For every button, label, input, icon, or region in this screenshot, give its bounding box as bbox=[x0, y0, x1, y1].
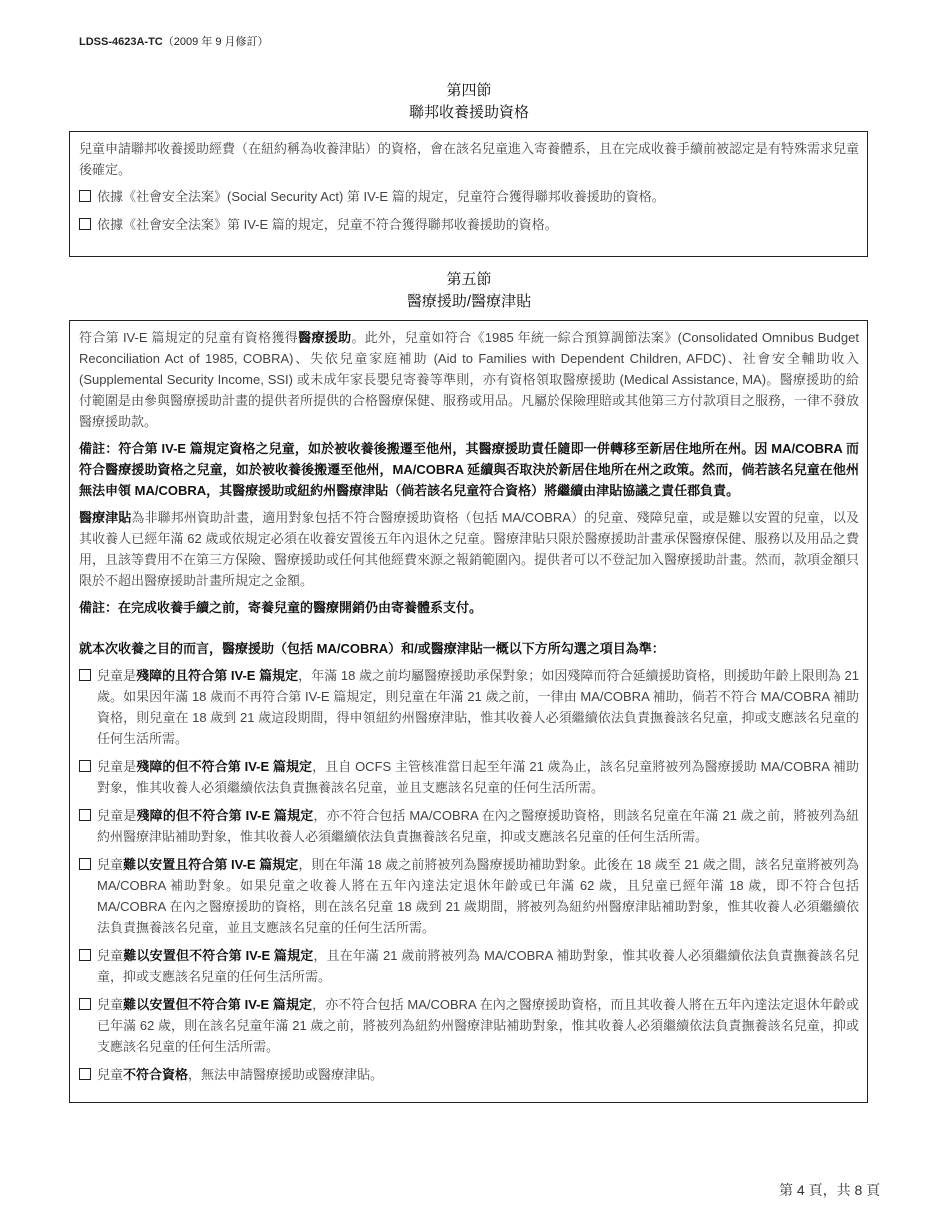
medical-option-2: 兒童是殘障的但不符合第 IV-E 篇規定，且自 OCFS 主管核准當日起至年滿 … bbox=[79, 756, 859, 798]
section4-number: 第四節 bbox=[0, 80, 938, 102]
checkbox[interactable] bbox=[79, 669, 91, 681]
option-label: 兒童是殘障的但不符合第 IV-E 篇規定，亦不符合包括 MA/COBRA 在內之… bbox=[97, 805, 859, 847]
section4-box: 兒童申請聯邦收養援助經費（在紐約稱為收養津貼）的資格，會在該名兒童進入寄養體系，… bbox=[69, 131, 868, 257]
form-identifier: LDSS-4623A-TC（2009 年 9 月修訂） bbox=[79, 33, 269, 49]
medical-assistance-paragraph: 符合第 IV-E 篇規定的兒童有資格獲得醫療援助。此外，兒童如符合《1985 年… bbox=[79, 327, 859, 432]
section5-title: 醫療援助/醫療津貼 bbox=[0, 291, 938, 313]
medical-subsidy-paragraph: 醫療津貼為非聯邦州資助計畫，適用對象包括不符合醫療援助資格（包括 MA/COBR… bbox=[79, 507, 859, 591]
checkbox[interactable] bbox=[79, 218, 91, 230]
bold-term: 醫療援助 bbox=[298, 330, 351, 345]
medical-option-1: 兒童是殘障的且符合第 IV-E 篇規定，年滿 18 歲之前均屬醫療援助承保對象；… bbox=[79, 665, 859, 749]
text: 為非聯邦州資助計畫，適用對象包括不符合醫療援助資格（包括 MA/COBRA）的兒… bbox=[79, 510, 859, 588]
checkbox[interactable] bbox=[79, 858, 91, 870]
option-label: 兒童不符合資格，無法申請醫療援助或醫療津貼。 bbox=[97, 1064, 859, 1085]
checkbox[interactable] bbox=[79, 190, 91, 202]
option-label: 兒童難以安置但不符合第 IV-E 篇規定，亦不符合包括 MA/COBRA 在內之… bbox=[97, 994, 859, 1057]
option-label: 依據《社會安全法案》第 IV-E 篇的規定，兒童不符合獲得聯邦收養援助的資格。 bbox=[97, 214, 859, 235]
option-label: 兒童是殘障的且符合第 IV-E 篇規定，年滿 18 歲之前均屬醫療援助承保對象；… bbox=[97, 665, 859, 749]
section4-title: 聯邦收養援助資格 bbox=[0, 102, 938, 124]
form-revision: （2009 年 9 月修訂） bbox=[163, 36, 269, 48]
bold-term: 醫療津貼 bbox=[79, 510, 131, 525]
checkbox[interactable] bbox=[79, 998, 91, 1010]
form-code: LDSS-4623A-TC bbox=[79, 36, 163, 48]
section4-option-ineligible: 依據《社會安全法案》第 IV-E 篇的規定，兒童不符合獲得聯邦收養援助的資格。 bbox=[79, 214, 859, 235]
section4-heading: 第四節 聯邦收養援助資格 bbox=[0, 80, 938, 124]
option-label: 依據《社會安全法案》(Social Security Act) 第 IV-E 篇… bbox=[97, 186, 859, 207]
medical-option-5: 兒童難以安置但不符合第 IV-E 篇規定，且在年滿 21 歲前將被列為 MA/C… bbox=[79, 945, 859, 987]
checkbox[interactable] bbox=[79, 1068, 91, 1080]
option-label: 兒童難以安置且符合第 IV-E 篇規定，則在年滿 18 歲之前將被列為醫療援助補… bbox=[97, 854, 859, 938]
checkbox[interactable] bbox=[79, 949, 91, 961]
medical-option-3: 兒童是殘障的但不符合第 IV-E 篇規定，亦不符合包括 MA/COBRA 在內之… bbox=[79, 805, 859, 847]
options-lead: 就本次收養之目的而言，醫療援助（包括 MA/COBRA）和/或醫療津貼一概以下方… bbox=[79, 638, 859, 659]
checkbox[interactable] bbox=[79, 809, 91, 821]
note-relocation: 備註：符合第 IV-E 篇規定資格之兒童，如於被收養後搬遷至他州，其醫療援助責任… bbox=[79, 438, 859, 501]
section4-option-eligible: 依據《社會安全法案》(Social Security Act) 第 IV-E 篇… bbox=[79, 186, 859, 207]
section4-intro: 兒童申請聯邦收養援助經費（在紐約稱為收養津貼）的資格，會在該名兒童進入寄養體系，… bbox=[79, 138, 859, 180]
medical-option-7: 兒童不符合資格，無法申請醫療援助或醫療津貼。 bbox=[79, 1064, 859, 1085]
text: 符合第 IV-E 篇規定的兒童有資格獲得 bbox=[79, 330, 298, 345]
option-label: 兒童是殘障的但不符合第 IV-E 篇規定，且自 OCFS 主管核准當日起至年滿 … bbox=[97, 756, 859, 798]
option-label: 兒童難以安置但不符合第 IV-E 篇規定，且在年滿 21 歲前將被列為 MA/C… bbox=[97, 945, 859, 987]
page-number: 第 4 頁，共 8 頁 bbox=[779, 1180, 880, 1200]
note-foster-care: 備註：在完成收養手續之前，寄養兒童的醫療開銷仍由寄養體系支付。 bbox=[79, 597, 859, 618]
medical-option-4: 兒童難以安置且符合第 IV-E 篇規定，則在年滿 18 歲之前將被列為醫療援助補… bbox=[79, 854, 859, 938]
section5-number: 第五節 bbox=[0, 269, 938, 291]
section5-box: 符合第 IV-E 篇規定的兒童有資格獲得醫療援助。此外，兒童如符合《1985 年… bbox=[69, 320, 868, 1103]
checkbox[interactable] bbox=[79, 760, 91, 772]
section5-heading: 第五節 醫療援助/醫療津貼 bbox=[0, 269, 938, 313]
medical-option-6: 兒童難以安置但不符合第 IV-E 篇規定，亦不符合包括 MA/COBRA 在內之… bbox=[79, 994, 859, 1057]
